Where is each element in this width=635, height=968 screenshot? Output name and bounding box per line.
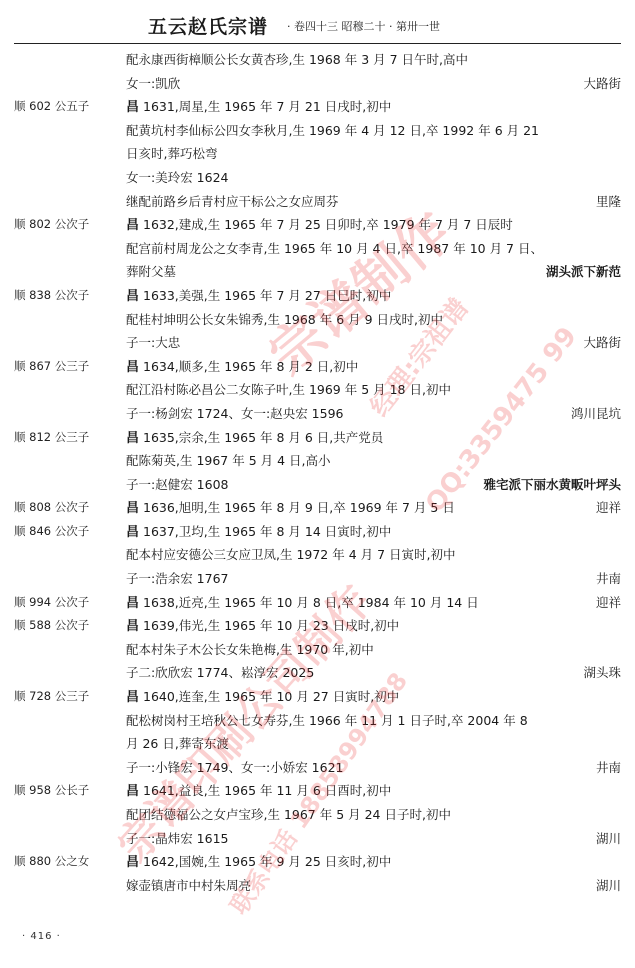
generation-mark: 昌 bbox=[126, 690, 139, 705]
entry-text: 昌 1634,顺多,生 1965 年 8 月 2 日,初中 bbox=[126, 355, 358, 380]
residence-place: 雅宅派下丽水黄畈叶坪头 bbox=[483, 473, 621, 497]
entry-line: 配松树岗村王培秋公七女寿芬,生 1966 年 11 月 1 日子时,卒 2004… bbox=[0, 709, 635, 733]
entry-text: 昌 1638,近亮,生 1965 年 10 月 8 日,卒 1984 年 10 … bbox=[126, 591, 479, 616]
entry-text-body: 1640,连奎,生 1965 年 10 月 27 日寅时,初中 bbox=[139, 689, 399, 704]
entry-line: 配黄坑村李仙标公四女李秋月,生 1969 年 4 月 12 日,卒 1992 年… bbox=[0, 119, 635, 143]
entry-line: 子二:欣欣宏 1774、崧淳宏 2025湖头珠 bbox=[0, 661, 635, 685]
entry-head-line: 顺 602 公五子昌 1631,周星,生 1965 年 7 月 21 日戌时,初… bbox=[0, 95, 635, 119]
entry-line: 葬附父墓湖头派下新范 bbox=[0, 260, 635, 284]
entry-text-body: 子一:杨剑宏 1724、女一:赵央宏 1596 bbox=[126, 406, 344, 421]
entry-text-body: 配陈菊英,生 1967 年 5 月 4 日,高小 bbox=[126, 453, 331, 468]
entry-text: 女一:美玲宏 1624 bbox=[126, 166, 229, 190]
entry-head-line: 顺 728 公三子昌 1640,连奎,生 1965 年 10 月 27 日寅时,… bbox=[0, 685, 635, 709]
entry-line: 子一:杨剑宏 1724、女一:赵央宏 1596鸿川昆坑 bbox=[0, 402, 635, 426]
entry-text: 月 26 日,葬寄东渡 bbox=[126, 732, 229, 756]
father-reference: 顺 846 公次子 bbox=[14, 520, 89, 544]
entry-text-body: 配黄坑村李仙标公四女李秋月,生 1969 年 4 月 12 日,卒 1992 年… bbox=[126, 123, 539, 138]
entry-text-body: 子一:晶炜宏 1615 bbox=[126, 831, 229, 846]
entry-line: 子一:浩余宏 1767井南 bbox=[0, 567, 635, 591]
entry-head-line: 顺 808 公次子昌 1636,旭明,生 1965 年 8 月 9 日,卒 19… bbox=[0, 496, 635, 520]
entry-head-line: 顺 994 公次子昌 1638,近亮,生 1965 年 10 月 8 日,卒 1… bbox=[0, 591, 635, 615]
volume-info: 卷四十三 昭穆二十 · 第卅一世 bbox=[294, 20, 440, 33]
entry-text: 配本村朱子木公长女朱艳梅,生 1970 年,初中 bbox=[126, 638, 374, 662]
entry-line: 配本村应安德公三女应卫凤,生 1972 年 4 月 7 日寅时,初中 bbox=[0, 543, 635, 567]
father-reference: 顺 958 公长子 bbox=[14, 779, 89, 803]
entry-text: 配永康西街樟顺公长女黄杏珍,生 1968 年 3 月 7 日午时,高中 bbox=[126, 48, 468, 72]
volume-subtitle: · 卷四十三 昭穆二十 · 第卅一世 bbox=[287, 18, 440, 34]
page-header: 五云赵氏宗谱 · 卷四十三 昭穆二十 · 第卅一世 bbox=[0, 0, 635, 44]
entry-text: 配松树岗村王培秋公七女寿芬,生 1966 年 11 月 1 日子时,卒 2004… bbox=[126, 709, 528, 733]
entry-text-body: 配桂村坤明公长女朱锦秀,生 1968 年 6 月 9 日戌时,初中 bbox=[126, 312, 443, 327]
residence-place: 大路街 bbox=[583, 72, 621, 96]
entry-line: 嫁壶镇唐市中村朱周亮湖川 bbox=[0, 874, 635, 898]
entry-text-body: 配江沿村陈必昌公二女陈子叶,生 1969 年 5 月 18 日,初中 bbox=[126, 382, 451, 397]
father-reference: 顺 728 公三子 bbox=[14, 685, 89, 709]
generation-mark: 昌 bbox=[126, 360, 139, 375]
entry-text: 子一:小锋宏 1749、女一:小娇宏 1621 bbox=[126, 756, 344, 780]
generation-mark: 昌 bbox=[126, 596, 139, 611]
entry-line: 配团结德福公之女卢宝珍,生 1967 年 5 月 24 日子时,初中 bbox=[0, 803, 635, 827]
generation-mark: 昌 bbox=[126, 431, 139, 446]
entry-text-body: 配本村应安德公三女应卫凤,生 1972 年 4 月 7 日寅时,初中 bbox=[126, 547, 456, 562]
entry-line: 子一:晶炜宏 1615湖川 bbox=[0, 827, 635, 851]
entry-text: 继配前路乡后青村应干标公之女应周芬 bbox=[126, 190, 339, 214]
generation-mark: 昌 bbox=[126, 525, 139, 540]
residence-place: 里隆 bbox=[596, 190, 621, 214]
entry-text-body: 配宫前村周龙公之女李青,生 1965 年 10 月 4 日,卒 1987 年 1… bbox=[126, 241, 543, 256]
entry-text: 配陈菊英,生 1967 年 5 月 4 日,高小 bbox=[126, 449, 331, 473]
residence-place: 鸿川昆坑 bbox=[571, 402, 621, 426]
generation-mark: 昌 bbox=[126, 501, 139, 516]
entry-text: 昌 1639,伟光,生 1965 年 10 月 23 日戌时,初中 bbox=[126, 614, 399, 639]
entry-head-line: 顺 958 公长子昌 1641,益良,生 1965 年 11 月 6 日酉时,初… bbox=[0, 779, 635, 803]
residence-place: 湖川 bbox=[596, 874, 621, 898]
entry-text: 昌 1632,建成,生 1965 年 7 月 25 日卯时,卒 1979 年 7… bbox=[126, 213, 513, 238]
entry-line: 女一:美玲宏 1624 bbox=[0, 166, 635, 190]
entry-text: 子一:晶炜宏 1615 bbox=[126, 827, 229, 851]
entry-text: 昌 1633,美强,生 1965 年 7 月 27 日巳时,初中 bbox=[126, 284, 391, 309]
entry-text-body: 配团结德福公之女卢宝珍,生 1967 年 5 月 24 日子时,初中 bbox=[126, 807, 451, 822]
entry-text-body: 葬附父墓 bbox=[126, 264, 176, 279]
entry-text-body: 女一:凯欣 bbox=[126, 76, 180, 91]
father-reference: 顺 994 公次子 bbox=[14, 591, 89, 615]
entry-text-body: 日亥时,葬巧松弯 bbox=[126, 146, 217, 161]
father-reference: 顺 867 公三子 bbox=[14, 355, 89, 379]
entry-line: 配陈菊英,生 1967 年 5 月 4 日,高小 bbox=[0, 449, 635, 473]
entry-text: 葬附父墓 bbox=[126, 260, 176, 284]
father-reference: 顺 602 公五子 bbox=[14, 95, 89, 119]
entry-text-body: 1632,建成,生 1965 年 7 月 25 日卯时,卒 1979 年 7 月… bbox=[139, 217, 513, 232]
entry-text: 日亥时,葬巧松弯 bbox=[126, 142, 217, 166]
generation-mark: 昌 bbox=[126, 619, 139, 634]
entry-text-body: 1641,益良,生 1965 年 11 月 6 日酉时,初中 bbox=[139, 783, 391, 798]
entry-text: 女一:凯欣 bbox=[126, 72, 180, 96]
header-rule bbox=[14, 43, 621, 44]
book-title: 五云赵氏宗谱 bbox=[148, 12, 268, 39]
entry-head-line: 顺 588 公次子昌 1639,伟光,生 1965 年 10 月 23 日戌时,… bbox=[0, 614, 635, 638]
entry-text-body: 配松树岗村王培秋公七女寿芬,生 1966 年 11 月 1 日子时,卒 2004… bbox=[126, 713, 528, 728]
entry-head-line: 顺 880 公之女昌 1642,国婉,生 1965 年 9 月 25 日亥时,初… bbox=[0, 850, 635, 874]
entry-text-body: 1634,顺多,生 1965 年 8 月 2 日,初中 bbox=[139, 359, 358, 374]
page-number: · 416 · bbox=[22, 931, 61, 942]
entry-text-body: 1637,卫均,生 1965 年 8 月 14 日寅时,初中 bbox=[139, 524, 391, 539]
entry-line: 配江沿村陈必昌公二女陈子叶,生 1969 年 5 月 18 日,初中 bbox=[0, 378, 635, 402]
residence-place: 湖川 bbox=[596, 827, 621, 851]
entry-text-body: 女一:美玲宏 1624 bbox=[126, 170, 229, 185]
residence-place: 大路街 bbox=[583, 331, 621, 355]
entry-text: 嫁壶镇唐市中村朱周亮 bbox=[126, 874, 251, 898]
residence-place: 湖头派下新范 bbox=[546, 260, 621, 284]
entry-text-body: 配本村朱子木公长女朱艳梅,生 1970 年,初中 bbox=[126, 642, 374, 657]
entry-text-body: 1635,宗余,生 1965 年 8 月 6 日,共产党员 bbox=[139, 430, 383, 445]
entry-text-body: 1639,伟光,生 1965 年 10 月 23 日戌时,初中 bbox=[139, 618, 399, 633]
entry-line: 女一:凯欣大路街 bbox=[0, 72, 635, 96]
entry-text: 配本村应安德公三女应卫凤,生 1972 年 4 月 7 日寅时,初中 bbox=[126, 543, 456, 567]
residence-place: 井南 bbox=[596, 756, 621, 780]
entry-text: 配桂村坤明公长女朱锦秀,生 1968 年 6 月 9 日戌时,初中 bbox=[126, 308, 443, 332]
generation-mark: 昌 bbox=[126, 784, 139, 799]
entry-text-body: 子二:欣欣宏 1774、崧淳宏 2025 bbox=[126, 665, 314, 680]
entry-text-body: 子一:赵健宏 1608 bbox=[126, 477, 229, 492]
entry-text-body: 1636,旭明,生 1965 年 8 月 9 日,卒 1969 年 7 月 5 … bbox=[139, 500, 455, 515]
father-reference: 顺 588 公次子 bbox=[14, 614, 89, 638]
generation-mark: 昌 bbox=[126, 855, 139, 870]
father-reference: 顺 838 公次子 bbox=[14, 284, 89, 308]
entry-text-body: 1642,国婉,生 1965 年 9 月 25 日亥时,初中 bbox=[139, 854, 391, 869]
entry-text: 子二:欣欣宏 1774、崧淳宏 2025 bbox=[126, 661, 314, 685]
entry-text: 配江沿村陈必昌公二女陈子叶,生 1969 年 5 月 18 日,初中 bbox=[126, 378, 451, 402]
generation-mark: 昌 bbox=[126, 218, 139, 233]
entry-text: 昌 1635,宗余,生 1965 年 8 月 6 日,共产党员 bbox=[126, 426, 383, 451]
residence-place: 湖头珠 bbox=[583, 661, 621, 685]
entry-text-body: 嫁壶镇唐市中村朱周亮 bbox=[126, 878, 251, 893]
entry-text: 昌 1641,益良,生 1965 年 11 月 6 日酉时,初中 bbox=[126, 779, 391, 804]
residence-place: 迎祥 bbox=[596, 591, 621, 615]
entry-head-line: 顺 867 公三子昌 1634,顺多,生 1965 年 8 月 2 日,初中 bbox=[0, 355, 635, 379]
entry-text-body: 子一:浩余宏 1767 bbox=[126, 571, 229, 586]
entry-text: 配黄坑村李仙标公四女李秋月,生 1969 年 4 月 12 日,卒 1992 年… bbox=[126, 119, 539, 143]
residence-place: 迎祥 bbox=[596, 496, 621, 520]
entry-text: 子一:大忠 bbox=[126, 331, 180, 355]
entry-line: 配宫前村周龙公之女李青,生 1965 年 10 月 4 日,卒 1987 年 1… bbox=[0, 237, 635, 261]
entry-text: 配团结德福公之女卢宝珍,生 1967 年 5 月 24 日子时,初中 bbox=[126, 803, 451, 827]
entry-line: 配本村朱子木公长女朱艳梅,生 1970 年,初中 bbox=[0, 638, 635, 662]
entry-text: 昌 1636,旭明,生 1965 年 8 月 9 日,卒 1969 年 7 月 … bbox=[126, 496, 455, 521]
entry-line: 子一:小锋宏 1749、女一:小娇宏 1621井南 bbox=[0, 756, 635, 780]
entry-line: 继配前路乡后青村应干标公之女应周芬里隆 bbox=[0, 190, 635, 214]
residence-place: 井南 bbox=[596, 567, 621, 591]
generation-mark: 昌 bbox=[126, 100, 139, 115]
entry-line: 配桂村坤明公长女朱锦秀,生 1968 年 6 月 9 日戌时,初中 bbox=[0, 308, 635, 332]
entry-text-body: 1631,周星,生 1965 年 7 月 21 日戌时,初中 bbox=[139, 99, 391, 114]
entry-text-body: 1638,近亮,生 1965 年 10 月 8 日,卒 1984 年 10 月 … bbox=[139, 595, 479, 610]
entry-text: 子一:赵健宏 1608 bbox=[126, 473, 229, 497]
entry-text: 子一:杨剑宏 1724、女一:赵央宏 1596 bbox=[126, 402, 344, 426]
entry-head-line: 顺 838 公次子昌 1633,美强,生 1965 年 7 月 27 日巳时,初… bbox=[0, 284, 635, 308]
entry-line: 子一:大忠大路街 bbox=[0, 331, 635, 355]
entry-text-body: 子一:小锋宏 1749、女一:小娇宏 1621 bbox=[126, 760, 344, 775]
entry-text: 昌 1631,周星,生 1965 年 7 月 21 日戌时,初中 bbox=[126, 95, 391, 120]
entry-text-body: 月 26 日,葬寄东渡 bbox=[126, 736, 229, 751]
entry-text: 配宫前村周龙公之女李青,生 1965 年 10 月 4 日,卒 1987 年 1… bbox=[126, 237, 543, 261]
entry-text: 昌 1637,卫均,生 1965 年 8 月 14 日寅时,初中 bbox=[126, 520, 391, 545]
entry-text: 子一:浩余宏 1767 bbox=[126, 567, 229, 591]
generation-mark: 昌 bbox=[126, 289, 139, 304]
father-reference: 顺 880 公之女 bbox=[14, 850, 89, 874]
father-reference: 顺 802 公次子 bbox=[14, 213, 89, 237]
entry-line: 月 26 日,葬寄东渡 bbox=[0, 732, 635, 756]
entry-text-body: 继配前路乡后青村应干标公之女应周芬 bbox=[126, 194, 339, 209]
entry-head-line: 顺 812 公三子昌 1635,宗余,生 1965 年 8 月 6 日,共产党员 bbox=[0, 426, 635, 450]
entry-line: 配永康西街樟顺公长女黄杏珍,生 1968 年 3 月 7 日午时,高中 bbox=[0, 48, 635, 72]
entry-text: 昌 1642,国婉,生 1965 年 9 月 25 日亥时,初中 bbox=[126, 850, 391, 875]
father-reference: 顺 808 公次子 bbox=[14, 496, 89, 520]
entry-text: 昌 1640,连奎,生 1965 年 10 月 27 日寅时,初中 bbox=[126, 685, 399, 710]
father-reference: 顺 812 公三子 bbox=[14, 426, 89, 450]
entry-line: 子一:赵健宏 1608雅宅派下丽水黄畈叶坪头 bbox=[0, 473, 635, 497]
entry-head-line: 顺 802 公次子昌 1632,建成,生 1965 年 7 月 25 日卯时,卒… bbox=[0, 213, 635, 237]
entry-text-body: 1633,美强,生 1965 年 7 月 27 日巳时,初中 bbox=[139, 288, 391, 303]
title-dot: · bbox=[287, 20, 291, 33]
genealogy-entries: 配永康西街樟顺公长女黄杏珍,生 1968 年 3 月 7 日午时,高中女一:凯欣… bbox=[0, 48, 635, 897]
entry-text-body: 子一:大忠 bbox=[126, 335, 180, 350]
entry-head-line: 顺 846 公次子昌 1637,卫均,生 1965 年 8 月 14 日寅时,初… bbox=[0, 520, 635, 544]
entry-line: 日亥时,葬巧松弯 bbox=[0, 142, 635, 166]
entry-text-body: 配永康西街樟顺公长女黄杏珍,生 1968 年 3 月 7 日午时,高中 bbox=[126, 52, 468, 67]
